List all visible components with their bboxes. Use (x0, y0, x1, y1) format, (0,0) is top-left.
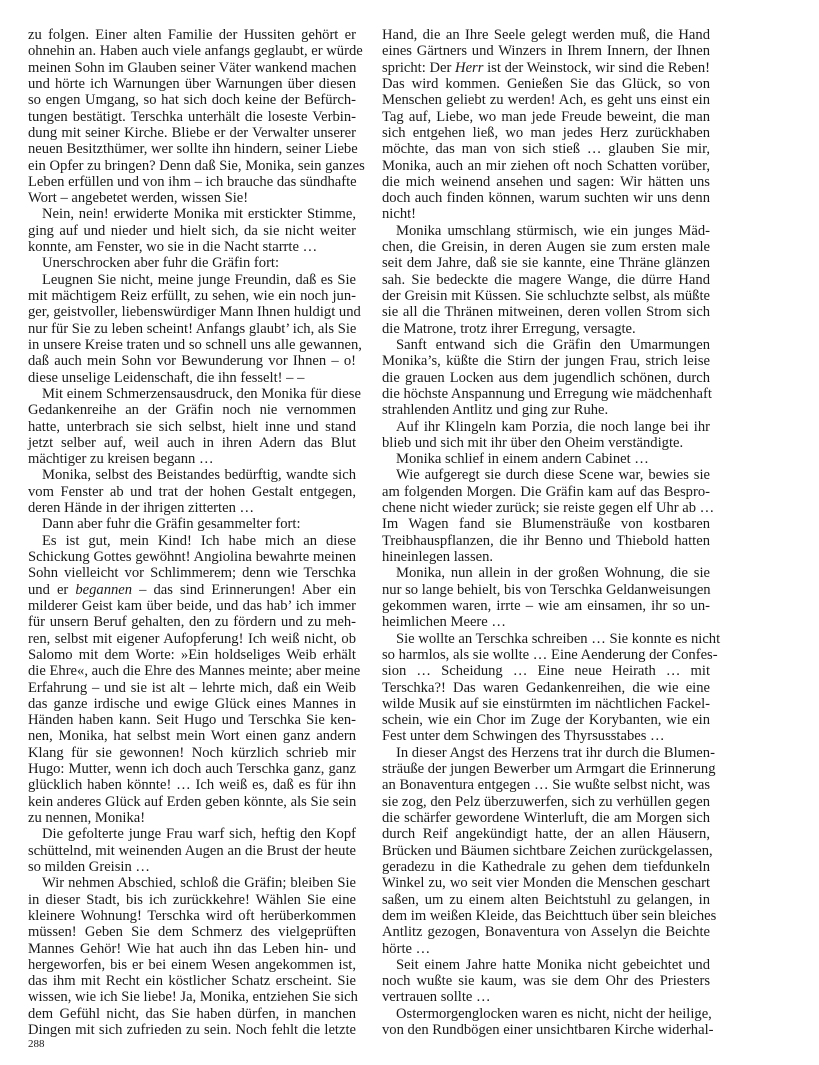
text-line: in dieser Stadt, bis ich zurückkehre! Wä… (28, 892, 356, 908)
text-line: kleinere Wohnung! Terschka wird oft herü… (28, 908, 356, 924)
text-line: jetzt selber auf, weil auch in ihren Ade… (28, 435, 356, 451)
text-line: durch Reif angekündigt hatte, der an all… (382, 826, 710, 842)
text-line: heimlichen Meere … (382, 614, 710, 630)
text-line: der Greisin mit Küssen. Sie schluchzte s… (382, 288, 710, 304)
text-line: Klang für sie gewonnen! Noch kürzlich sc… (28, 745, 356, 761)
text-line: mächtiger zu kreisen begann … (28, 451, 356, 467)
text-line: das ganze irdische und ewige Glück eines… (28, 696, 356, 712)
text-line: hörte … (382, 941, 710, 957)
text-line: Antlitz gezogen, Bonaventura von Asselyn… (382, 924, 710, 940)
text-line: gekommen waren, irrte – wie am einsamen,… (382, 598, 710, 614)
text-line: ren, selbst mit eigener Aufopferung! Ich… (28, 631, 356, 647)
text-line: Dingen mit sich zufrieden zu sein. Noch … (28, 1022, 356, 1038)
text-line: so milden Greisin … (28, 859, 356, 875)
left-text-column: zu folgen. Einer alten Familie der Hussi… (28, 27, 356, 1038)
text-line: die höchste Anspannung und Erregung wie … (382, 386, 710, 402)
text-line: dung mit seiner Kirche. Bliebe er der Ve… (28, 125, 356, 141)
text-line: chene nicht wieder zurück; sie reiste ge… (382, 500, 710, 516)
text-line: zu folgen. Einer alten Familie der Hussi… (28, 27, 356, 43)
text-line: nur für Sie zu leben scheint! Anfangs gl… (28, 321, 356, 337)
text-line: nicht! (382, 206, 710, 222)
text-line: und hörte ich Warnungen über Warnungen ü… (28, 76, 356, 92)
text-line: Sanft entwand sich die Gräfin den Umarmu… (382, 337, 710, 353)
text-line: strahlenden Antlitz und ging zur Ruhe. (382, 402, 710, 418)
text-line: dem Gefühl nicht, das Sie haben dürfen, … (28, 1006, 356, 1022)
text-line: von den Rundbögen einer unsichtbaren Kir… (382, 1022, 710, 1038)
text-line: vertrauen sollte … (382, 989, 710, 1005)
text-line: sah. Sie bedeckte die magere Wange, die … (382, 272, 710, 288)
text-line: nen, Monika, hat selbst mein Wort einen … (28, 728, 356, 744)
text-line: doch auch finden können, warum suchten w… (382, 190, 710, 206)
text-line: ohnehin an. Haben auch viele anfangs geg… (28, 43, 356, 59)
text-line: Treibhauspflanzen, die ihr Benno und Thi… (382, 533, 710, 549)
text-line: In dieser Angst des Herzens trat ihr dur… (382, 745, 710, 761)
text-line: Sie wollte an Terschka schreiben … Sie k… (382, 631, 710, 647)
text-line: neuen Besitzthümer, wer sollte ihn hinde… (28, 141, 356, 157)
text-line: am folgenden Morgen. Die Gräfin kam auf … (382, 484, 710, 500)
text-line: die grauen Locken aus dem jugendlich sch… (382, 370, 710, 386)
text-line: Menschen geliebt zu werden! Ach, es geht… (382, 92, 710, 108)
text-line: saßen, um zu einem alten Beichtstuhl zu … (382, 892, 710, 908)
text-line: Die gefolterte junge Frau warf sich, hef… (28, 826, 356, 842)
text-line: Es ist gut, mein Kind! Ich habe mich an … (28, 533, 356, 549)
text-line: vom Fenster ab und trat der hohen Gestal… (28, 484, 356, 500)
text-line: Brücken und Bäumen sichtbare Zeichen zur… (382, 843, 710, 859)
text-line: und er begannen – das sind Erinnerungen!… (28, 582, 356, 598)
text-line: sion … Scheidung … Eine neue Heirath … m… (382, 663, 710, 679)
text-line: Monika’s, küßte die Stirn der jungen Fra… (382, 353, 710, 369)
text-line: schein, wie ein Chor im Zuge der Koryban… (382, 712, 710, 728)
text-line: Unerschrocken aber fuhr die Gräfin fort: (28, 255, 356, 271)
text-line: Fest unter dem Schwingen des Thyrsusstab… (382, 728, 710, 744)
text-line: hergeworfen, bis er bei einem Wesen ange… (28, 957, 356, 973)
text-line: seit dem Jahre, daß sie sie kannte, eine… (382, 255, 710, 271)
text-line: Dann aber fuhr die Gräfin gesammelter fo… (28, 516, 356, 532)
text-line: Leben erfüllen und von ihm – ich brauche… (28, 174, 356, 190)
text-line: Wir nehmen Abschied, schloß die Gräfin; … (28, 875, 356, 891)
text-line: Winkel zu, wo seit vier Monden die Mensc… (382, 875, 710, 891)
text-line: meinen Sohn im Glauben seiner Väter wank… (28, 60, 356, 76)
text-line: so engen Umgang, so hat sich doch keine … (28, 92, 356, 108)
text-line: Im Wagen fand sie Blumensträuße von kost… (382, 516, 710, 532)
text-line: Wort – angebetet werden, wissen Sie! (28, 190, 356, 206)
text-line: noch wußte sie kaum, was sie dem Ohr des… (382, 973, 710, 989)
text-line: Monika, nun allein in der großen Wohnung… (382, 565, 710, 581)
text-line: Monika schlief in einem andern Cabinet … (382, 451, 710, 467)
text-line: Hand, die an Ihre Seele gelegt werden mu… (382, 27, 710, 43)
page-number: 288 (28, 1038, 45, 1050)
text-line: Nein, nein! erwiderte Monika mit erstick… (28, 206, 356, 222)
text-line: Seit einem Jahre hatte Monika nicht gebe… (382, 957, 710, 973)
text-line: die Ehre«, auch die Ehre des Mannes mein… (28, 663, 356, 679)
text-line: müssen! Geben Sie dem Schmerz des vielge… (28, 924, 356, 940)
text-line: dem im weißen Kleide, das Beichttuch übe… (382, 908, 710, 924)
text-line: eines Gärtners und Winzers in Ihrem Inne… (382, 43, 710, 59)
text-line: Händen haben kann. Seit Hugo und Terschk… (28, 712, 356, 728)
text-line: wissen, wie ich Sie liebe! Ja, Monika, e… (28, 989, 356, 1005)
text-line: diese unselige Leidenschaft, die ihn fes… (28, 370, 356, 386)
text-line: chen, die Greisin, in deren Augen sie zu… (382, 239, 710, 255)
text-line: Mannes Gehör! Wie hat auch ihn das Leben… (28, 941, 356, 957)
text-line: Mit einem Schmerzensausdruck, den Monika… (28, 386, 356, 402)
text-line: sich entgehen ließ, wo man jedes Herz zu… (382, 125, 710, 141)
text-line: spricht: Der Herr ist der Weinstock, wir… (382, 60, 710, 76)
text-line: geradezu in die Kathedrale zu gehen dem … (382, 859, 710, 875)
text-line: Leugnen Sie nicht, meine junge Freundin,… (28, 272, 356, 288)
text-line: Tag auf, Liebe, wo man jede Freude bewei… (382, 109, 710, 125)
text-line: deren Hände in der ihrigen zitterten … (28, 500, 356, 516)
text-line: Das wird kommen. Genießen Sie das Glück,… (382, 76, 710, 92)
text-line: Gedankenreihe an der Gräfin noch nie ver… (28, 402, 356, 418)
text-line: Monika umschlang stürmisch, wie ein jung… (382, 223, 710, 239)
text-line: tungen bestätigt. Terschka unterhält die… (28, 109, 356, 125)
text-line: Terschka?! Das waren Gedankenreihen, die… (382, 680, 710, 696)
text-line: die mich weinend ansehen und sagen: Wir … (382, 174, 710, 190)
text-line: Wie aufgeregt sie durch diese Scene war,… (382, 467, 710, 483)
text-line: glücklich haben könnte! … Ich weiß es, d… (28, 777, 356, 793)
text-line: Ostermorgenglocken waren es nicht, nicht… (382, 1006, 710, 1022)
text-line: Monika, selbst des Beistandes bedürftig,… (28, 467, 356, 483)
text-line: die Matrone, trotz ihrer Erregung, versa… (382, 321, 710, 337)
text-line: Auf ihr Klingeln kam Porzia, die noch la… (382, 419, 710, 435)
text-line: für unsern Beruf gehalten, den zu förder… (28, 614, 356, 630)
text-line: milderer Geist kam über beide, und das h… (28, 598, 356, 614)
text-line: hatte, unterbrach sie sich selbst, hielt… (28, 419, 356, 435)
text-line: hineinlegen lassen. (382, 549, 710, 565)
text-line: konnte, am Fenster, wo sie in die Nacht … (28, 239, 356, 255)
text-line: Hugo: Mutter, wenn ich doch auch Terschk… (28, 761, 356, 777)
text-line: Monika, auch an mir ziehen oft noch Scha… (382, 158, 710, 174)
text-line: nur so lange behielt, bis von Terschka G… (382, 582, 710, 598)
text-line: Salomo mit dem Worte: »Ein holdseliges W… (28, 647, 356, 663)
text-line: Sohn vielleicht vor Schlimmerem; denn wi… (28, 565, 356, 581)
text-line: in unsere Kreise traten und so schnell u… (28, 337, 356, 353)
text-line: sie all die Thränen mitweinen, deren vol… (382, 304, 710, 320)
text-line: mit mächtigem Reiz erfüllt, zu sehen, wi… (28, 288, 356, 304)
text-line: blieb und sich mit ihr über den Oheim ve… (382, 435, 710, 451)
text-line: Schickung Gottes gewöhnt! Angiolina bewa… (28, 549, 356, 565)
text-line: schüttelnd, mit weinenden Augen an die B… (28, 843, 356, 859)
text-line: das ihm mit Recht ein köstlicher Schatz … (28, 973, 356, 989)
text-line: kein anderes Glück auf Erden geben könnt… (28, 794, 356, 810)
text-line: so harmlos, als sie wollte … Eine Aender… (382, 647, 710, 663)
text-line: wilde Musik auf sie einstürmten im nächt… (382, 696, 710, 712)
text-line: an Bonaventura entgegen … Sie wußte selb… (382, 777, 710, 793)
text-line: ging auf und nieder und hielt sich, da s… (28, 223, 356, 239)
text-line: sie zog, den Pelz überzuwerfen, sich zu … (382, 794, 710, 810)
text-line: ger, geistvoller, liebenswürdiger Mann I… (28, 304, 356, 320)
text-line: ein Opfer zu bringen? Denn daß Sie, Moni… (28, 158, 356, 174)
text-line: zu nennen, Monika! (28, 810, 356, 826)
text-line: Erfahrung – und sie ist alt – lehrte mic… (28, 680, 356, 696)
text-line: die schärfer gewordene Winterluft, die a… (382, 810, 710, 826)
right-text-column: Hand, die an Ihre Seele gelegt werden mu… (382, 27, 710, 1038)
text-line: möchte, das man von sich stieß … glauben… (382, 141, 710, 157)
text-line: sträuße der jungen Bewerber um Armgart d… (382, 761, 710, 777)
text-line: daß auch mein Sohn vor Bewunderung vor I… (28, 353, 356, 369)
